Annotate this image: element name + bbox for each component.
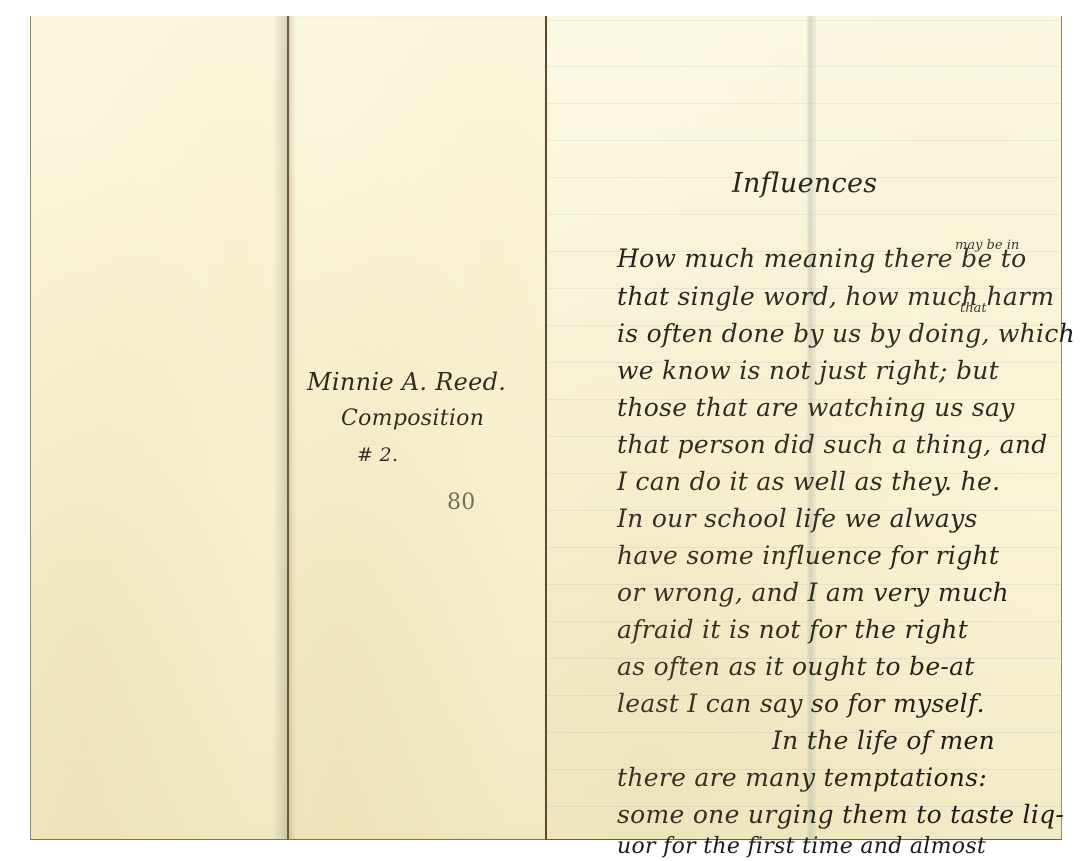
essay-line: some one urging them to taste liq-	[617, 800, 1064, 829]
essay-line: is often done by us by doing, which	[617, 319, 1075, 348]
essay-line: In our school life we always	[617, 504, 978, 533]
essay-line: have some influence for right	[617, 541, 999, 570]
essay-line: uor for the first time and almost	[617, 834, 986, 859]
essay-line: as often as it ought to be-at	[617, 652, 975, 681]
essay-line: there are many temptations:	[617, 763, 987, 792]
essay-line: least I can say so for myself.	[617, 689, 985, 718]
essay-line: I can do it as well as they. he.	[617, 467, 1000, 496]
essay-title: Influences	[732, 168, 877, 199]
essay-line: those that are watching us say	[617, 393, 1015, 422]
cover-panel: Minnie A. Reed. Composition # 2. 80	[287, 16, 545, 840]
cover-subtitle: Composition	[341, 406, 484, 431]
author-name: Minnie A. Reed.	[307, 368, 506, 396]
essay-line: In the life of men	[772, 726, 995, 755]
grade-mark: 80	[447, 490, 476, 515]
essay-line: that single word, how much harm	[617, 282, 1054, 311]
essay-page: Influences may be in that How much meani…	[545, 16, 1062, 840]
essay-line: How much meaning there be to	[617, 244, 1027, 273]
panel-edge-shadow	[273, 16, 287, 839]
blank-back-panel	[30, 16, 287, 840]
essay-line: we know is not just right; but	[617, 356, 999, 385]
composition-number: # 2.	[357, 444, 398, 466]
essay-line: or wrong, and I am very much	[617, 578, 1009, 607]
essay-line: afraid it is not for the right	[617, 615, 968, 644]
essay-line: that person did such a thing, and	[617, 430, 1048, 459]
